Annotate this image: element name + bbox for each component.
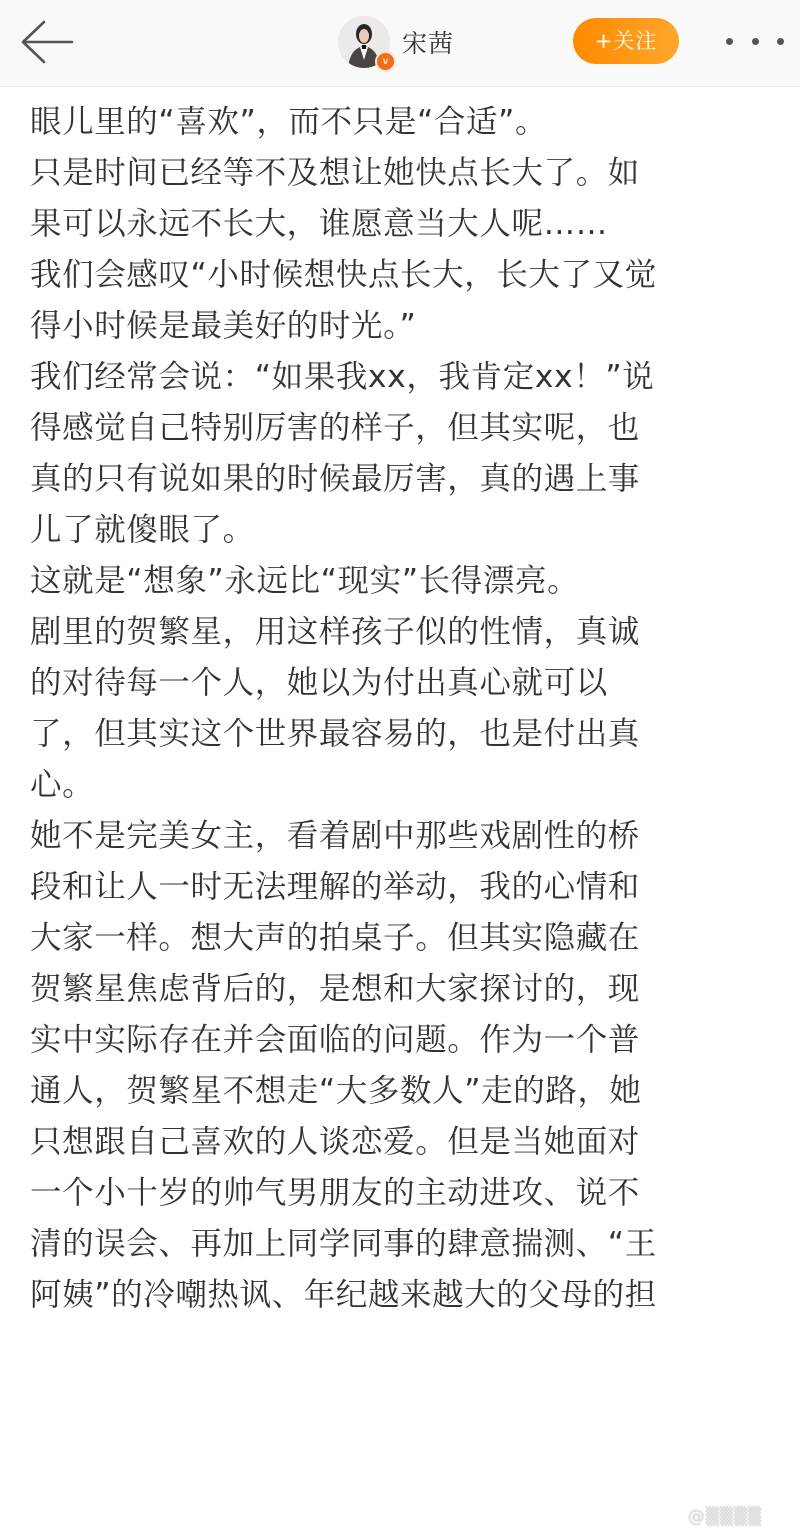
avatar[interactable]: v bbox=[338, 16, 390, 68]
post-text-line: 真的只有说如果的时候最厉害，真的遇上事 bbox=[30, 454, 775, 505]
post-text-line: 我们经常会说：“如果我xx，我肯定xx！”说 bbox=[30, 352, 775, 403]
verified-badge: v bbox=[375, 51, 396, 72]
follow-button[interactable]: +关注 bbox=[573, 18, 679, 64]
post-text-line: 这就是“想象”永远比“现实”长得漂亮。 bbox=[30, 556, 775, 607]
post-text-line: 她不是完美女主，看着剧中那些戏剧性的桥 bbox=[30, 811, 775, 862]
profile-chip[interactable]: v 宋茜 bbox=[338, 14, 454, 70]
more-horizontal-icon bbox=[726, 38, 733, 45]
username[interactable]: 宋茜 bbox=[402, 24, 454, 60]
post-text-line: 剧里的贺繁星，用这样孩子似的性情，真诚 bbox=[30, 607, 775, 658]
post-body: 眼儿里的“喜欢”，而不只是“合适”。 只是时间已经等不及想让她快点长大了。如 果… bbox=[30, 97, 775, 1321]
top-nav-bar: v 宋茜 +关注 bbox=[0, 0, 800, 87]
post-text-line: 段和让人一时无法理解的举动，我的心情和 bbox=[30, 862, 775, 913]
post-text-line: 果可以永远不长大，谁愿意当大人呢…… bbox=[30, 199, 775, 250]
arrow-left-icon bbox=[18, 16, 76, 68]
post-text-line: 大家一样。想大声的拍桌子。但其实隐藏在 bbox=[30, 913, 775, 964]
post-text-line: 阿姨”的冷嘲热讽、年纪越来越大的父母的担 bbox=[30, 1270, 775, 1321]
post-text-line: 实中实际存在并会面临的问题。作为一个普 bbox=[30, 1015, 775, 1066]
post-text-line: 一个小十岁的帅气男朋友的主动进攻、说不 bbox=[30, 1168, 775, 1219]
post-text-line: 眼儿里的“喜欢”，而不只是“合适”。 bbox=[30, 97, 775, 148]
more-horizontal-icon bbox=[777, 38, 784, 45]
back-button[interactable] bbox=[18, 16, 76, 68]
post-text-line: 的对待每一个人，她以为付出真心就可以 bbox=[30, 658, 775, 709]
post-text-line: 得小时候是最美好的时光。” bbox=[30, 301, 775, 352]
post-text-line: 清的误会、再加上同学同事的肆意揣测、“王 bbox=[30, 1219, 775, 1270]
post-text-line: 通人，贺繁星不想走“大多数人”走的路，她 bbox=[30, 1066, 775, 1117]
watermark: @▒▒▒▒ bbox=[688, 1507, 762, 1527]
more-horizontal-icon bbox=[752, 38, 759, 45]
post-text-line: 只想跟自己喜欢的人谈恋爱。但是当她面对 bbox=[30, 1117, 775, 1168]
post-text-line: 我们会感叹“小时候想快点长大，长大了又觉 bbox=[30, 250, 775, 301]
post-text-line: 只是时间已经等不及想让她快点长大了。如 bbox=[30, 148, 775, 199]
post-text-line: 儿了就傻眼了。 bbox=[30, 505, 775, 556]
more-options-button[interactable] bbox=[720, 26, 790, 56]
post-text-line: 了，但其实这个世界最容易的，也是付出真 bbox=[30, 709, 775, 760]
post-text-line: 得感觉自己特别厉害的样子，但其实呢，也 bbox=[30, 403, 775, 454]
post-text-line: 贺繁星焦虑背后的，是想和大家探讨的，现 bbox=[30, 964, 775, 1015]
post-text-line: 心。 bbox=[30, 760, 775, 811]
